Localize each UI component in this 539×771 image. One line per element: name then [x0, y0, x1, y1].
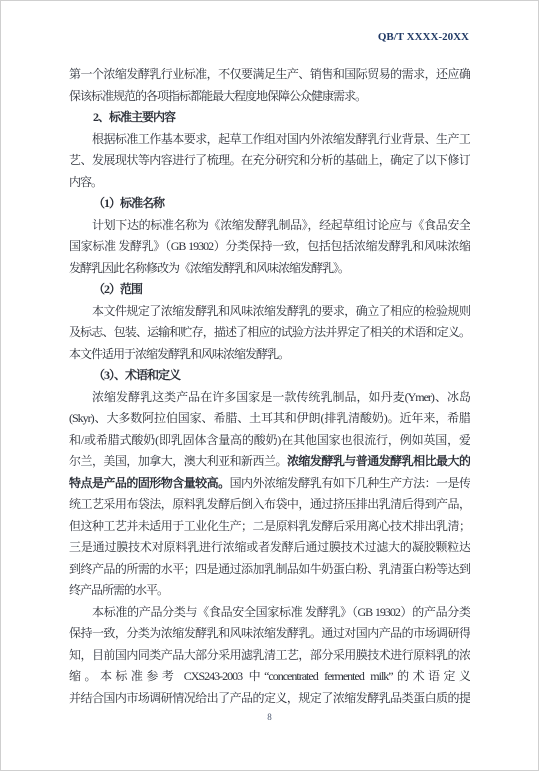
- text-segment: （3）、术语和定义: [93, 368, 180, 382]
- text-segment: 保持一致，分类为浓缩发酵乳和风味浓缩发酵乳。通过对国内产品的市场调研得: [69, 626, 470, 640]
- text-segment: （2）范围: [93, 282, 142, 296]
- text-segment: 内容。: [69, 175, 102, 189]
- text-line: 第一个浓缩发酵乳行业标准，不仅要满足生产、销售和国际贸易的需求，还应确: [69, 64, 470, 86]
- text-segment: 和/或希腊式酸奶(即乳固体含量高的酸奶)在其他国家也很流行，例如英国，爱: [69, 433, 470, 447]
- text-segment: 发酵乳因此名称修改为《浓缩发酵乳和风味浓缩发酵乳》。: [69, 261, 349, 275]
- text-segment: 到终产品的所需的水平；四是通过添加乳制品如牛奶蛋白粉、乳清蛋白粉等达到: [69, 562, 470, 576]
- text-line: 内容。: [69, 172, 470, 194]
- text-line: 本文件规定了浓缩发酵乳和风味浓缩发酵乳的要求，确立了相应的检验规则: [69, 301, 470, 323]
- text-segment: 特点是产品的固形物含量较高。: [69, 476, 230, 490]
- text-line: 尔兰，美国，加拿大，澳大利亚和新西兰。浓缩发酵乳与普通发酵乳相比最大的: [69, 451, 470, 473]
- text-line: 并结合国内市场调研情况给出了产品的定义，规定了浓缩发酵乳品类蛋白质的提: [69, 688, 470, 710]
- text-segment: (Skyr)、大多数阿拉伯国家、希腊、土耳其和伊朗(排乳清酸奶)。近年来，希腊: [69, 411, 470, 425]
- text-segment: 并结合国内市场调研情况给出了产品的定义，规定了浓缩发酵乳品类蛋白质的提: [69, 691, 470, 705]
- text-line: 保该标准规范的各项指标都能最大程度地保障公众健康需求。: [69, 86, 470, 108]
- text-segment: 本文件适用于浓缩发酵乳和风味浓缩发酵乳。: [69, 347, 289, 361]
- text-segment: 根据标准工作基本要求，起草工作组对国内外浓缩发酵乳行业背景、生产工: [92, 132, 470, 146]
- text-segment: 尔兰，美国，加拿大，澳大利亚和新西兰。: [69, 454, 287, 468]
- text-segment: （1）标准名称: [93, 196, 164, 210]
- text-segment: 本文件规定了浓缩发酵乳和风味浓缩发酵乳的要求，确立了相应的检验规则: [92, 304, 470, 318]
- text-line: 知，目前国内同类产品大部分采用滤乳清工艺，部分采用膜技术进行原料乳的浓: [69, 645, 470, 667]
- page-number: 8: [1, 712, 538, 722]
- text-segment: 国内外浓缩发酵乳有如下几种生产方法：一是传: [230, 476, 470, 490]
- text-segment: 缩。本标准参考 CXS243-2003 中“concentrated ferme…: [69, 669, 470, 683]
- text-segment: 浓缩发酵乳与普通发酵乳相比最大的: [287, 454, 470, 468]
- text-line: 和/或希腊式酸奶(即乳固体含量高的酸奶)在其他国家也很流行，例如英国，爱: [69, 430, 470, 452]
- text-line: 浓缩发酵乳这类产品在许多国家是一款传统乳制品，如丹麦(Ymer)、冰岛: [69, 387, 470, 409]
- text-segment: 第一个浓缩发酵乳行业标准，不仅要满足生产、销售和国际贸易的需求，还应确: [69, 67, 470, 81]
- text-segment: 保该标准规范的各项指标都能最大程度地保障公众健康需求。: [69, 89, 366, 103]
- text-line: 特点是产品的固形物含量较高。国内外浓缩发酵乳有如下几种生产方法：一是传: [69, 473, 470, 495]
- text-segment: 终产品所需的水平。: [69, 583, 168, 597]
- text-segment: 知，目前国内同类产品大部分采用滤乳清工艺，部分采用膜技术进行原料乳的浓: [69, 648, 470, 662]
- section-heading: （2）范围: [69, 279, 470, 301]
- text-segment: 但这种工艺并未适用于工业化生产；二是原料乳发酵后采用离心技术排出乳清；: [69, 519, 470, 533]
- text-segment: 国家标准 发酵乳》（GB 19302）分类保持一致，包括包括浓缩发酵乳和风味浓缩: [69, 239, 470, 253]
- text-segment: 浓缩发酵乳这类产品在许多国家是一款传统乳制品，如丹麦(Ymer)、冰岛: [92, 390, 470, 404]
- text-line: 到终产品的所需的水平；四是通过添加乳制品如牛奶蛋白粉、乳清蛋白粉等达到: [69, 559, 470, 581]
- document-body: 第一个浓缩发酵乳行业标准，不仅要满足生产、销售和国际贸易的需求，还应确保该标准规…: [69, 64, 470, 709]
- section-heading: 2、标准主要内容: [69, 107, 470, 129]
- text-line: (Skyr)、大多数阿拉伯国家、希腊、土耳其和伊朗(排乳清酸奶)。近年来，希腊: [69, 408, 470, 430]
- text-line: 终产品所需的水平。: [69, 580, 470, 602]
- text-line: 发酵乳因此名称修改为《浓缩发酵乳和风味浓缩发酵乳》。: [69, 258, 470, 280]
- text-line: 保持一致，分类为浓缩发酵乳和风味浓缩发酵乳。通过对国内产品的市场调研得: [69, 623, 470, 645]
- text-line: 缩。本标准参考 CXS243-2003 中“concentrated ferme…: [69, 666, 470, 688]
- text-segment: 计划下达的标准名称为《浓缩发酵乳制品》，经起草组讨论应与《食品安全: [92, 218, 470, 232]
- document-header: QB/T XXXX-20XX: [378, 31, 469, 43]
- text-line: 计划下达的标准名称为《浓缩发酵乳制品》，经起草组讨论应与《食品安全: [69, 215, 470, 237]
- doc-code: QB/T XXXX-20XX: [378, 31, 469, 43]
- text-line: 艺、发展现状等内容进行了梳理。在充分研究和分析的基础上，确定了以下修订: [69, 150, 470, 172]
- text-line: 本标准的产品分类与《食品安全国家标准 发酵乳》（GB 19302）的产品分类: [69, 602, 470, 624]
- section-heading: （3）、术语和定义: [69, 365, 470, 387]
- text-line: 本文件适用于浓缩发酵乳和风味浓缩发酵乳。: [69, 344, 470, 366]
- text-line: 统工艺采用布袋法，原料乳发酵后倒入布袋中，通过挤压排出乳清后得到产品，: [69, 494, 470, 516]
- text-line: 及标志、包装、运输和贮存，描述了相应的试验方法并界定了相关的术语和定义。: [69, 322, 470, 344]
- text-line: 三是通过膜技术对原料乳进行浓缩或者发酵后通过膜技术过滤大的凝胶颗粒达: [69, 537, 470, 559]
- text-line: 但这种工艺并未适用于工业化生产；二是原料乳发酵后采用离心技术排出乳清；: [69, 516, 470, 538]
- document-page: QB/T XXXX-20XX 第一个浓缩发酵乳行业标准，不仅要满足生产、销售和国…: [0, 0, 539, 771]
- text-segment: 艺、发展现状等内容进行了梳理。在充分研究和分析的基础上，确定了以下修订: [69, 153, 470, 167]
- text-segment: 及标志、包装、运输和贮存，描述了相应的试验方法并界定了相关的术语和定义。: [69, 325, 470, 339]
- text-line: 根据标准工作基本要求，起草工作组对国内外浓缩发酵乳行业背景、生产工: [69, 129, 470, 151]
- section-heading: （1）标准名称: [69, 193, 470, 215]
- text-segment: 2、标准主要内容: [93, 110, 175, 124]
- text-segment: 三是通过膜技术对原料乳进行浓缩或者发酵后通过膜技术过滤大的凝胶颗粒达: [69, 540, 470, 554]
- text-line: 国家标准 发酵乳》（GB 19302）分类保持一致，包括包括浓缩发酵乳和风味浓缩: [69, 236, 470, 258]
- text-segment: 本标准的产品分类与《食品安全国家标准 发酵乳》（GB 19302）的产品分类: [92, 605, 470, 619]
- text-segment: 统工艺采用布袋法，原料乳发酵后倒入布袋中，通过挤压排出乳清后得到产品，: [69, 497, 470, 511]
